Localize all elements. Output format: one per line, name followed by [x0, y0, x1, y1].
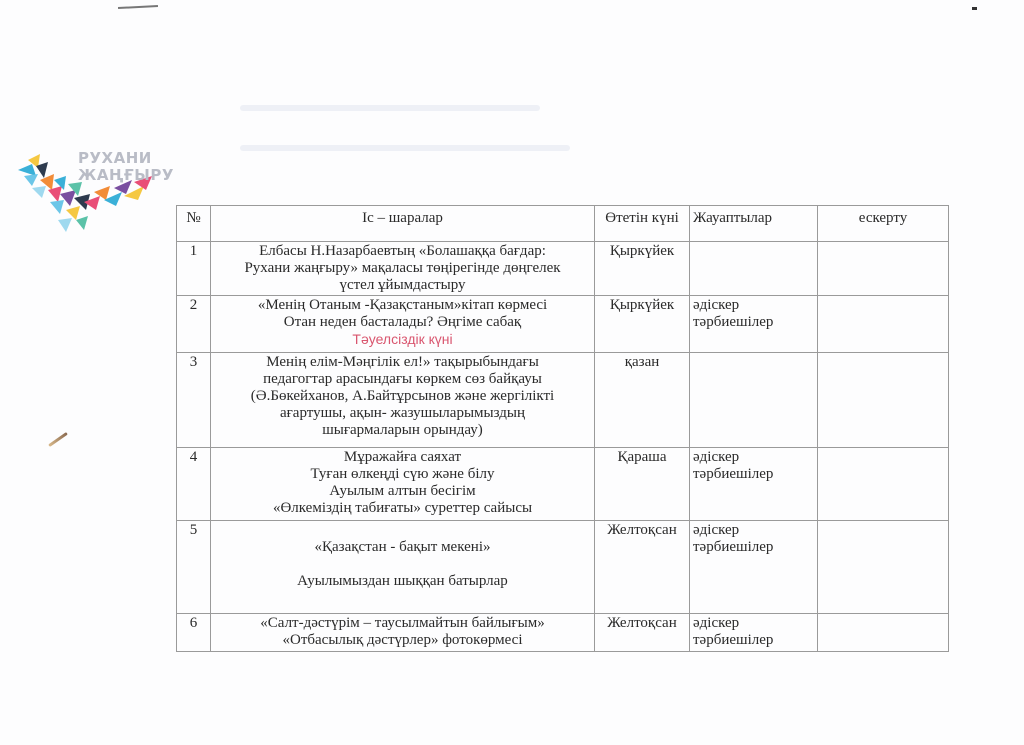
row-notes: [818, 614, 949, 652]
activity-line: шығармаларын орындау): [214, 422, 591, 439]
row-responsible: әдіскер тәрбиешілер: [690, 296, 818, 353]
responsible-line: әдіскер: [693, 297, 814, 314]
table-row: 6 «Салт-дәстүрім – таусылмайтын байлығым…: [177, 614, 949, 652]
row-notes: [818, 296, 949, 353]
activity-line: Менің елім-Мәңгілік ел!» тақырыбындағы: [214, 354, 591, 371]
activity-line: педагогтар арасындағы көркем сөз байқауы: [214, 371, 591, 388]
row-activities: Мұражайға саяхат Туған өлкеңді сүю және …: [211, 448, 595, 521]
activity-spacer: [214, 556, 591, 573]
row-responsible: әдіскер тәрбиешілер: [690, 448, 818, 521]
activity-line: «Қазақстан - бақыт мекені»: [214, 539, 591, 556]
responsible-line: тәрбиешілер: [693, 466, 814, 483]
activity-line: Отан неден басталады? Әңгіме сабақ: [214, 314, 591, 331]
row-responsible: [690, 242, 818, 296]
row-date: Желтоқсан: [595, 521, 690, 614]
row-notes: [818, 448, 949, 521]
activity-line: Елбасы Н.Назарбаевтың «Болашаққа бағдар:: [214, 243, 591, 260]
row-activities: «Қазақстан - бақыт мекені» Ауылымыздан ш…: [211, 521, 595, 614]
scan-edge-mark: [118, 5, 158, 9]
responsible-line: әдіскер: [693, 615, 814, 632]
header-date: Өтетін күні: [595, 206, 690, 242]
row-notes: [818, 353, 949, 448]
row-number: 5: [177, 521, 211, 614]
responsible-line: тәрбиешілер: [693, 314, 814, 331]
row-date: Қыркүйек: [595, 242, 690, 296]
activity-line: (Ә.Бөкейханов, А.Байтұрсынов және жергіл…: [214, 388, 591, 405]
row-notes: [818, 521, 949, 614]
logo-line-1: РУХАНИ: [78, 150, 174, 167]
logo-text: РУХАНИ ЖАҢҒЫРУ: [78, 150, 174, 184]
header-responsible: Жауаптылар: [690, 206, 818, 242]
row-date: Желтоқсан: [595, 614, 690, 652]
activity-line: үстел ұйымдастыру: [214, 277, 591, 294]
row-activities: Менің елім-Мәңгілік ел!» тақырыбындағы п…: [211, 353, 595, 448]
responsible-line: тәрбиешілер: [693, 632, 814, 649]
activity-line: Туған өлкеңді сүю және білу: [214, 466, 591, 483]
table-row: 2 «Менің Отаным -Қазақстаным»кітап көрме…: [177, 296, 949, 353]
row-date: қазан: [595, 353, 690, 448]
pen-mark: [48, 432, 68, 447]
row-number: 1: [177, 242, 211, 296]
header-number: №: [177, 206, 211, 242]
table-header-row: № Іс – шаралар Өтетін күні Жауаптылар ес…: [177, 206, 949, 242]
row-date: Қараша: [595, 448, 690, 521]
header-activities: Іс – шаралар: [211, 206, 595, 242]
row-number: 3: [177, 353, 211, 448]
activity-line: «Отбасылық дәстүрлер» фотокөрмесі: [214, 632, 591, 649]
row-number: 4: [177, 448, 211, 521]
scan-dust-mark: [972, 7, 977, 10]
row-date: Қыркүйек: [595, 296, 690, 353]
bleed-through-line: [240, 105, 540, 111]
table-row: 1 Елбасы Н.Назарбаевтың «Болашаққа бағда…: [177, 242, 949, 296]
row-activities: «Салт-дәстүрім – таусылмайтын байлығым» …: [211, 614, 595, 652]
responsible-line: тәрбиешілер: [693, 539, 814, 556]
activity-line: Ауылымыздан шыққан батырлар: [214, 573, 591, 590]
rukhani-zhangyru-logo: РУХАНИ ЖАҢҒЫРУ: [10, 140, 170, 240]
row-number: 2: [177, 296, 211, 353]
logo-line-2: ЖАҢҒЫРУ: [78, 167, 174, 184]
activity-line: ағартушы, ақын- жазушыларымыздың: [214, 405, 591, 422]
row-responsible: әдіскер тәрбиешілер: [690, 614, 818, 652]
activity-line: Ауылым алтын бесігім: [214, 483, 591, 500]
bleed-through-line: [240, 145, 570, 151]
table-row: 5 «Қазақстан - бақыт мекені» Ауылымыздан…: [177, 521, 949, 614]
row-activities: «Менің Отаным -Қазақстаным»кітап көрмесі…: [211, 296, 595, 353]
row-activities: Елбасы Н.Назарбаевтың «Болашаққа бағдар:…: [211, 242, 595, 296]
activity-line: «Салт-дәстүрім – таусылмайтын байлығым»: [214, 615, 591, 632]
activity-line: «Өлкеміздің табиғаты» суреттер сайысы: [214, 500, 591, 517]
responsible-line: әдіскер: [693, 449, 814, 466]
row-responsible: [690, 353, 818, 448]
activity-line: Рухани жаңғыру» мақаласы төңірегінде дөң…: [214, 260, 591, 277]
table-row: 3 Менің елім-Мәңгілік ел!» тақырыбындағы…: [177, 353, 949, 448]
activity-line: «Менің Отаным -Қазақстаным»кітап көрмесі: [214, 297, 591, 314]
row-number: 6: [177, 614, 211, 652]
row-responsible: әдіскер тәрбиешілер: [690, 521, 818, 614]
row-notes: [818, 242, 949, 296]
independence-day-highlight: Тәуелсіздік күні: [214, 331, 591, 348]
activity-line: Мұражайға саяхат: [214, 449, 591, 466]
events-plan-table: № Іс – шаралар Өтетін күні Жауаптылар ес…: [176, 205, 949, 652]
header-notes: ескерту: [818, 206, 949, 242]
table-row: 4 Мұражайға саяхат Туған өлкеңді сүю жән…: [177, 448, 949, 521]
responsible-line: әдіскер: [693, 522, 814, 539]
